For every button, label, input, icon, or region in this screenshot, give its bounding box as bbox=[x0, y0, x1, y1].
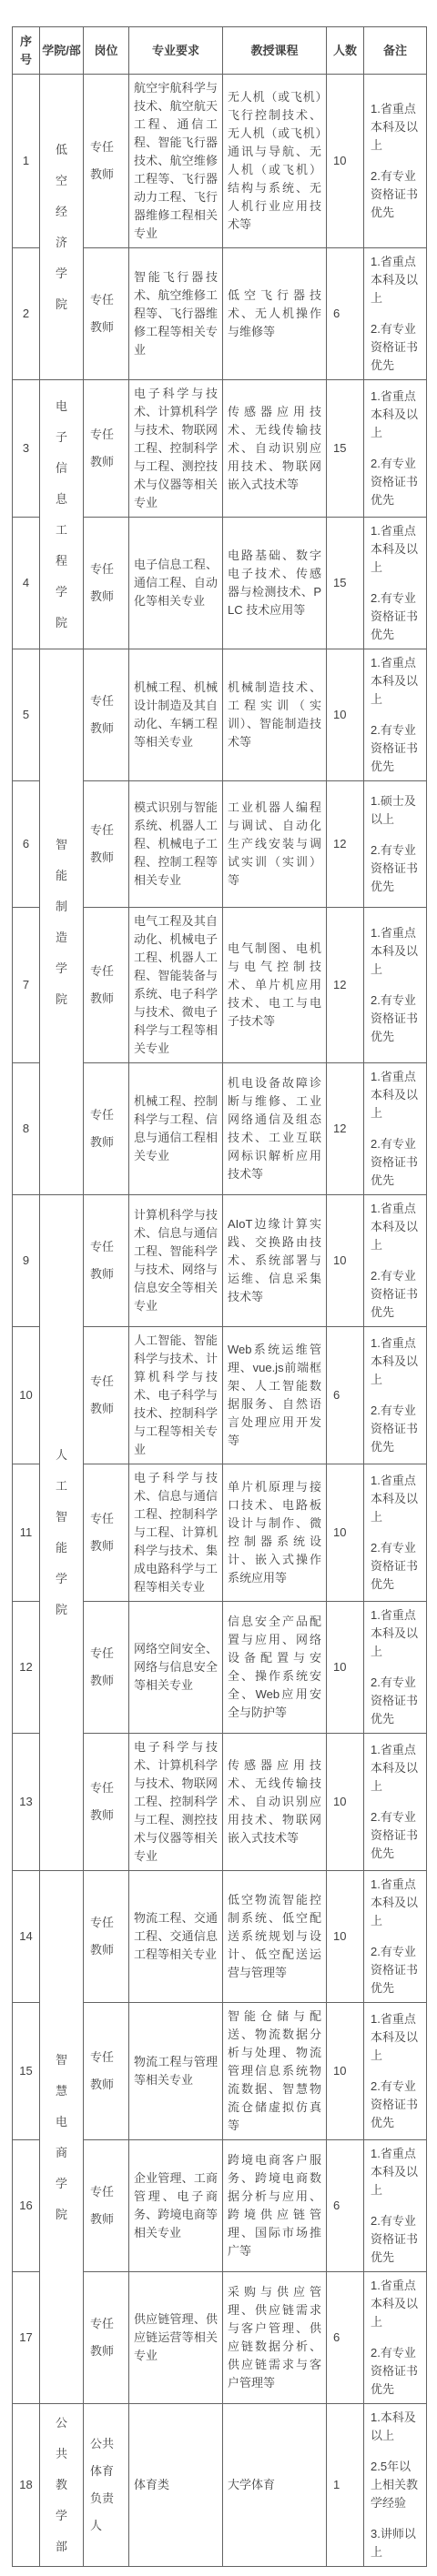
cell-count: 10 bbox=[327, 1464, 364, 1602]
college-name: 智能制造学院 bbox=[56, 830, 67, 1015]
note-item: 2.有专业资格证书优先 bbox=[371, 1943, 422, 1997]
cell-courses: 传感器应用技术、无线传输技术、自动识别应用技术、物联网嵌入式技术等 bbox=[223, 380, 327, 518]
cell-notes: 1.省重点本科及以上 2.有专业资格证书优先 bbox=[364, 380, 427, 518]
cell-no: 10 bbox=[13, 1327, 40, 1464]
table-row: 9 人工智能学院 专任教师 计算机科学与技术、信息与通信工程、智能科学与技术、网… bbox=[13, 1195, 427, 1327]
note-item: 1.省重点本科及以上 bbox=[371, 924, 422, 979]
cell-count: 1 bbox=[327, 2404, 364, 2567]
cell-courses: 无人机（或飞机）飞行控制技术、无人机（或飞机）通讯与导航、无人机（或飞机）结构与… bbox=[223, 75, 327, 248]
note-item: 1.省重点本科及以上 bbox=[371, 1876, 422, 1930]
cell-count: 10 bbox=[327, 1734, 364, 1871]
cell-major: 电子科学与技术、信息与通信工程、控制科学与工程、计算机科学与技术、集成电路科学与… bbox=[129, 1464, 223, 1602]
note-item: 1.省重点本科及以上 bbox=[371, 1068, 422, 1122]
note-item: 1.省重点本科及以上 bbox=[371, 1334, 422, 1389]
cell-no: 6 bbox=[13, 781, 40, 908]
cell-no: 18 bbox=[13, 2404, 40, 2567]
cell-major: 物流工程与管理等相关专业 bbox=[129, 2003, 223, 2140]
cell-no: 16 bbox=[13, 2140, 40, 2272]
header-no: 序号 bbox=[13, 27, 40, 75]
cell-count: 10 bbox=[327, 2003, 364, 2140]
cell-courses: 电气制图、电机与电气控制技术、单片机应用技术、电工与电子技术等 bbox=[223, 908, 327, 1063]
header-notes: 备注 bbox=[364, 27, 427, 75]
cell-no: 5 bbox=[13, 649, 40, 781]
cell-courses: 工业机器人编程与调试、自动化生产线安装与调试实训（实训）等 bbox=[223, 781, 327, 908]
college-name: 智慧电商学院 bbox=[56, 2045, 67, 2230]
cell-courses: 传感器应用技术、无线传输技术、自动识别应用技术、物联网嵌入式技术等 bbox=[223, 1734, 327, 1871]
cell-position: 专任教师 bbox=[84, 2140, 129, 2272]
cell-notes: 1.硕士及以上 2.有专业资格证书优先 bbox=[364, 781, 427, 908]
note-item: 2.有专业资格证书优先 bbox=[371, 1539, 422, 1594]
note-item: 2.有专业资格证书优先 bbox=[371, 841, 422, 896]
recruitment-table: 序号 学院/部 岗位 专业要求 教授课程 人数 备注 1 低空经济学院 专任教师… bbox=[12, 26, 427, 2567]
cell-courses: 智能仓储与配送、物流数据分析与处理、物流管理信息系统物流数据、智慧物流仓储虚拟仿… bbox=[223, 2003, 327, 2140]
cell-notes: 1.省重点本科及以上 2.有专业资格证书优先 bbox=[364, 649, 427, 781]
note-item: 1.省重点本科及以上 bbox=[371, 253, 422, 307]
table-row: 14 智慧电商学院 专任教师 物流工程、交通工程、交通信息工程等相关专业 低空物… bbox=[13, 1871, 427, 2003]
cell-college: 人工智能学院 bbox=[40, 1195, 84, 1871]
note-item: 1.省重点本科及以上 bbox=[371, 100, 422, 155]
note-item: 1.省重点本科及以上 bbox=[371, 522, 422, 577]
note-item: 1.省重点本科及以上 bbox=[371, 654, 422, 709]
header-courses: 教授课程 bbox=[223, 27, 327, 75]
cell-position: 专任教师 bbox=[84, 2272, 129, 2404]
note-item: 2.有专业资格证书优先 bbox=[371, 1402, 422, 1456]
note-item: 1.省重点本科及以上 bbox=[371, 2145, 422, 2199]
cell-major: 电气工程及其自动化、机械电子工程、机器人工程、智能装备与系统、电子科学与技术、微… bbox=[129, 908, 223, 1063]
note-item: 1.省重点本科及以上 bbox=[371, 2010, 422, 2065]
cell-count: 10 bbox=[327, 1871, 364, 2003]
cell-no: 14 bbox=[13, 1871, 40, 2003]
cell-major: 智能飞行器技术、航空维修工程等、飞行器维修工程等相关专业 bbox=[129, 248, 223, 380]
cell-no: 8 bbox=[13, 1063, 40, 1195]
cell-count: 6 bbox=[327, 2272, 364, 2404]
cell-count: 12 bbox=[327, 908, 364, 1063]
cell-notes: 1.省重点本科及以上 2.有专业资格证书优先 bbox=[364, 1063, 427, 1195]
college-name: 人工智能学院 bbox=[56, 1440, 67, 1625]
cell-no: 17 bbox=[13, 2272, 40, 2404]
header-count: 人数 bbox=[327, 27, 364, 75]
note-item: 3.讲师以上 bbox=[371, 2525, 422, 2561]
cell-count: 10 bbox=[327, 1602, 364, 1734]
cell-position: 专任教师 bbox=[84, 1063, 129, 1195]
cell-notes: 1.省重点本科及以上 2.有专业资格证书优先 bbox=[364, 1602, 427, 1734]
cell-notes: 1.省重点本科及以上 2.有专业资格证书优先 bbox=[364, 75, 427, 248]
cell-major: 网络空间安全、网络与信息安全等相关专业 bbox=[129, 1602, 223, 1734]
note-item: 2.有专业资格证书优先 bbox=[371, 1808, 422, 1863]
note-item: 2.有专业资格证书优先 bbox=[371, 1267, 422, 1322]
cell-notes: 1.省重点本科及以上 2.有专业资格证书优先 bbox=[364, 248, 427, 380]
cell-courses: 低空飞行器技术、无人机操作与维修等 bbox=[223, 248, 327, 380]
cell-courses: AIoT边缘计算实践、交换路由技术、系统部署与运维、信息采集技术等 bbox=[223, 1195, 327, 1327]
cell-position: 专任教师 bbox=[84, 2003, 129, 2140]
cell-notes: 1.省重点本科及以上 2.有专业资格证书优先 bbox=[364, 1327, 427, 1464]
cell-count: 10 bbox=[327, 75, 364, 248]
cell-major: 人工智能、智能科学与技术、计算机科学与技术、电子科学与技术、控制科学与工程等相关… bbox=[129, 1327, 223, 1464]
note-item: 2.有专业资格证书优先 bbox=[371, 1674, 422, 1728]
note-item: 2.有专业资格证书优先 bbox=[371, 2078, 422, 2132]
cell-courses: 信息安全产品配置与应用、网络设备配置与安全、操作系统安全、Web应用安全与防护等 bbox=[223, 1602, 327, 1734]
cell-count: 10 bbox=[327, 649, 364, 781]
note-item: 1.省重点本科及以上 bbox=[371, 1472, 422, 1526]
cell-college: 公共教学部 bbox=[40, 2404, 84, 2567]
cell-major: 机械工程、机械设计制造及其自动化、车辆工程等相关专业 bbox=[129, 649, 223, 781]
cell-no: 3 bbox=[13, 380, 40, 518]
cell-no: 15 bbox=[13, 2003, 40, 2140]
cell-major: 物流工程、交通工程、交通信息工程等相关专业 bbox=[129, 1871, 223, 2003]
cell-count: 6 bbox=[327, 248, 364, 380]
header-major: 专业要求 bbox=[129, 27, 223, 75]
note-item: 1.省重点本科及以上 bbox=[371, 1200, 422, 1254]
cell-courses: 采购与供应管理、供应链需求与客户管理、供应链数据分析、供应链需求与客户管理等 bbox=[223, 2272, 327, 2404]
cell-college: 智慧电商学院 bbox=[40, 1871, 84, 2404]
note-item: 2.有专业资格证书优先 bbox=[371, 2344, 422, 2399]
cell-count: 6 bbox=[327, 2140, 364, 2272]
note-item: 2.有专业资格证书优先 bbox=[371, 320, 422, 375]
cell-college: 电子信息工程学院 bbox=[40, 380, 84, 649]
cell-notes: 1.省重点本科及以上 2.有专业资格证书优先 bbox=[364, 1871, 427, 2003]
cell-major: 企业管理、工商管理、电子商务、跨境电商等相关专业 bbox=[129, 2140, 223, 2272]
cell-position: 专任教师 bbox=[84, 1871, 129, 2003]
cell-notes: 1.省重点本科及以上 2.有专业资格证书优先 bbox=[364, 518, 427, 649]
cell-notes: 1.本科及以上 2.5年以上相关教学经验 3.讲师以上 bbox=[364, 2404, 427, 2567]
cell-count: 15 bbox=[327, 518, 364, 649]
cell-count: 15 bbox=[327, 380, 364, 518]
cell-major: 机械工程、控制科学与工程、信息与通信工程相关专业 bbox=[129, 1063, 223, 1195]
note-item: 2.有专业资格证书优先 bbox=[371, 589, 422, 644]
note-item: 2.有专业资格证书优先 bbox=[371, 1135, 422, 1190]
cell-major: 体育类 bbox=[129, 2404, 223, 2567]
cell-no: 12 bbox=[13, 1602, 40, 1734]
cell-position: 专任教师 bbox=[84, 380, 129, 518]
cell-major: 电子科学与技术、计算机科学与技术、物联网工程、控制科学与工程、测控技术与仪器等相… bbox=[129, 380, 223, 518]
cell-major: 电子信息工程、通信工程、自动化等相关专业 bbox=[129, 518, 223, 649]
cell-major: 供应链管理、供应链运营等相关专业 bbox=[129, 2272, 223, 2404]
cell-count: 12 bbox=[327, 781, 364, 908]
cell-notes: 1.省重点本科及以上 2.有专业资格证书优先 bbox=[364, 1195, 427, 1327]
cell-notes: 1.省重点本科及以上 2.有专业资格证书优先 bbox=[364, 1734, 427, 1871]
recruitment-table-page: 序号 学院/部 岗位 专业要求 教授课程 人数 备注 1 低空经济学院 专任教师… bbox=[0, 0, 437, 2576]
note-item: 2.5年以上相关教学经验 bbox=[371, 2458, 422, 2512]
cell-major: 电子科学与技术、计算机科学与技术、物联网工程、控制科学与工程、测控技术与仪器等相… bbox=[129, 1734, 223, 1871]
table-row: 5 智能制造学院 专任教师 机械工程、机械设计制造及其自动化、车辆工程等相关专业… bbox=[13, 649, 427, 781]
note-item: 1.省重点本科及以上 bbox=[371, 1741, 422, 1796]
cell-position: 专任教师 bbox=[84, 1602, 129, 1734]
cell-courses: 电路基础、数字电子技术、传感器与检测技术、PLC 技术应用等 bbox=[223, 518, 327, 649]
note-item: 1.省重点本科及以上 bbox=[371, 387, 422, 442]
college-name: 公共教学部 bbox=[56, 2408, 67, 2562]
header-position: 岗位 bbox=[84, 27, 129, 75]
cell-count: 6 bbox=[327, 1327, 364, 1464]
cell-position: 专任教师 bbox=[84, 649, 129, 781]
cell-count: 10 bbox=[327, 1195, 364, 1327]
cell-college: 低空经济学院 bbox=[40, 75, 84, 380]
note-item: 2.有专业资格证书优先 bbox=[371, 991, 422, 1046]
note-item: 2.有专业资格证书优先 bbox=[371, 2212, 422, 2267]
cell-position: 专任教师 bbox=[84, 908, 129, 1063]
cell-position: 专任教师 bbox=[84, 518, 129, 649]
cell-notes: 1.省重点本科及以上 2.有专业资格证书优先 bbox=[364, 2272, 427, 2404]
cell-major: 航空宇航科学与技术、航空航天工程、通信工程、智能飞行器技术、航空维修工程等、飞行… bbox=[129, 75, 223, 248]
cell-notes: 1.省重点本科及以上 2.有专业资格证书优先 bbox=[364, 908, 427, 1063]
table-row: 1 低空经济学院 专任教师 航空宇航科学与技术、航空航天工程、通信工程、智能飞行… bbox=[13, 75, 427, 248]
note-item: 2.有专业资格证书优先 bbox=[371, 455, 422, 509]
cell-college: 智能制造学院 bbox=[40, 649, 84, 1195]
cell-courses: 机械制造技术、工程实训（实训）、智能制造技术等 bbox=[223, 649, 327, 781]
cell-major: 模式识别与智能系统、机器人工程、机械电子工程、控制工程等相关专业 bbox=[129, 781, 223, 908]
cell-position: 专任教师 bbox=[84, 1734, 129, 1871]
cell-position: 专任教师 bbox=[84, 248, 129, 380]
cell-notes: 1.省重点本科及以上 2.有专业资格证书优先 bbox=[364, 2140, 427, 2272]
note-item: 2.有专业资格证书优先 bbox=[371, 721, 422, 776]
cell-no: 11 bbox=[13, 1464, 40, 1602]
cell-position: 专任教师 bbox=[84, 1464, 129, 1602]
cell-no: 1 bbox=[13, 75, 40, 248]
note-item: 1.省重点本科及以上 bbox=[371, 1606, 422, 1661]
cell-no: 2 bbox=[13, 248, 40, 380]
cell-courses: Web系统运维管理、vue.js前端框架、人工智能数据服务、自然语言处理应用开发… bbox=[223, 1327, 327, 1464]
table-row: 3 电子信息工程学院 专任教师 电子科学与技术、计算机科学与技术、物联网工程、控… bbox=[13, 380, 427, 518]
cell-position: 专任教师 bbox=[84, 781, 129, 908]
cell-notes: 1.省重点本科及以上 2.有专业资格证书优先 bbox=[364, 2003, 427, 2140]
college-name: 电子信息工程学院 bbox=[56, 391, 67, 639]
cell-courses: 机电设备故障诊断与维修、工业网络通信及组态技术、工业互联网标识解析应用技术等 bbox=[223, 1063, 327, 1195]
cell-position: 公共体育负责人 bbox=[84, 2404, 129, 2567]
cell-major: 计算机科学与技术、信息与通信工程、智能科学与技术、网络与信息安全等相关专业 bbox=[129, 1195, 223, 1327]
cell-position: 专任教师 bbox=[84, 1195, 129, 1327]
note-item: 1.省重点本科及以上 bbox=[371, 2277, 422, 2331]
cell-no: 9 bbox=[13, 1195, 40, 1327]
cell-notes: 1.省重点本科及以上 2.有专业资格证书优先 bbox=[364, 1464, 427, 1602]
cell-courses: 单片机原理与接口技术、电路板设计与制作、微控制器系统设计、嵌入式操作系统应用等 bbox=[223, 1464, 327, 1602]
table-row: 18 公共教学部 公共体育负责人 体育类 大学体育 1 1.本科及以上 2.5年… bbox=[13, 2404, 427, 2567]
cell-position: 专任教师 bbox=[84, 75, 129, 248]
cell-courses: 大学体育 bbox=[223, 2404, 327, 2567]
cell-position: 专任教师 bbox=[84, 1327, 129, 1464]
cell-no: 7 bbox=[13, 908, 40, 1063]
college-name: 低空经济学院 bbox=[56, 135, 67, 320]
cell-no: 13 bbox=[13, 1734, 40, 1871]
cell-no: 4 bbox=[13, 518, 40, 649]
cell-courses: 低空物流智能控制系统、低空配送系统规划与设计、低空配送运营与管理等 bbox=[223, 1871, 327, 2003]
cell-courses: 跨境电商客户服务、跨境电商数据分析与应用、跨境供应链管理、国际市场推广等 bbox=[223, 2140, 327, 2272]
table-header-row: 序号 学院/部 岗位 专业要求 教授课程 人数 备注 bbox=[13, 27, 427, 75]
note-item: 2.有专业资格证书优先 bbox=[371, 167, 422, 222]
note-item: 1.硕士及以上 bbox=[371, 792, 422, 829]
header-college: 学院/部 bbox=[40, 27, 84, 75]
note-item: 1.本科及以上 bbox=[371, 2409, 422, 2445]
cell-count: 12 bbox=[327, 1063, 364, 1195]
